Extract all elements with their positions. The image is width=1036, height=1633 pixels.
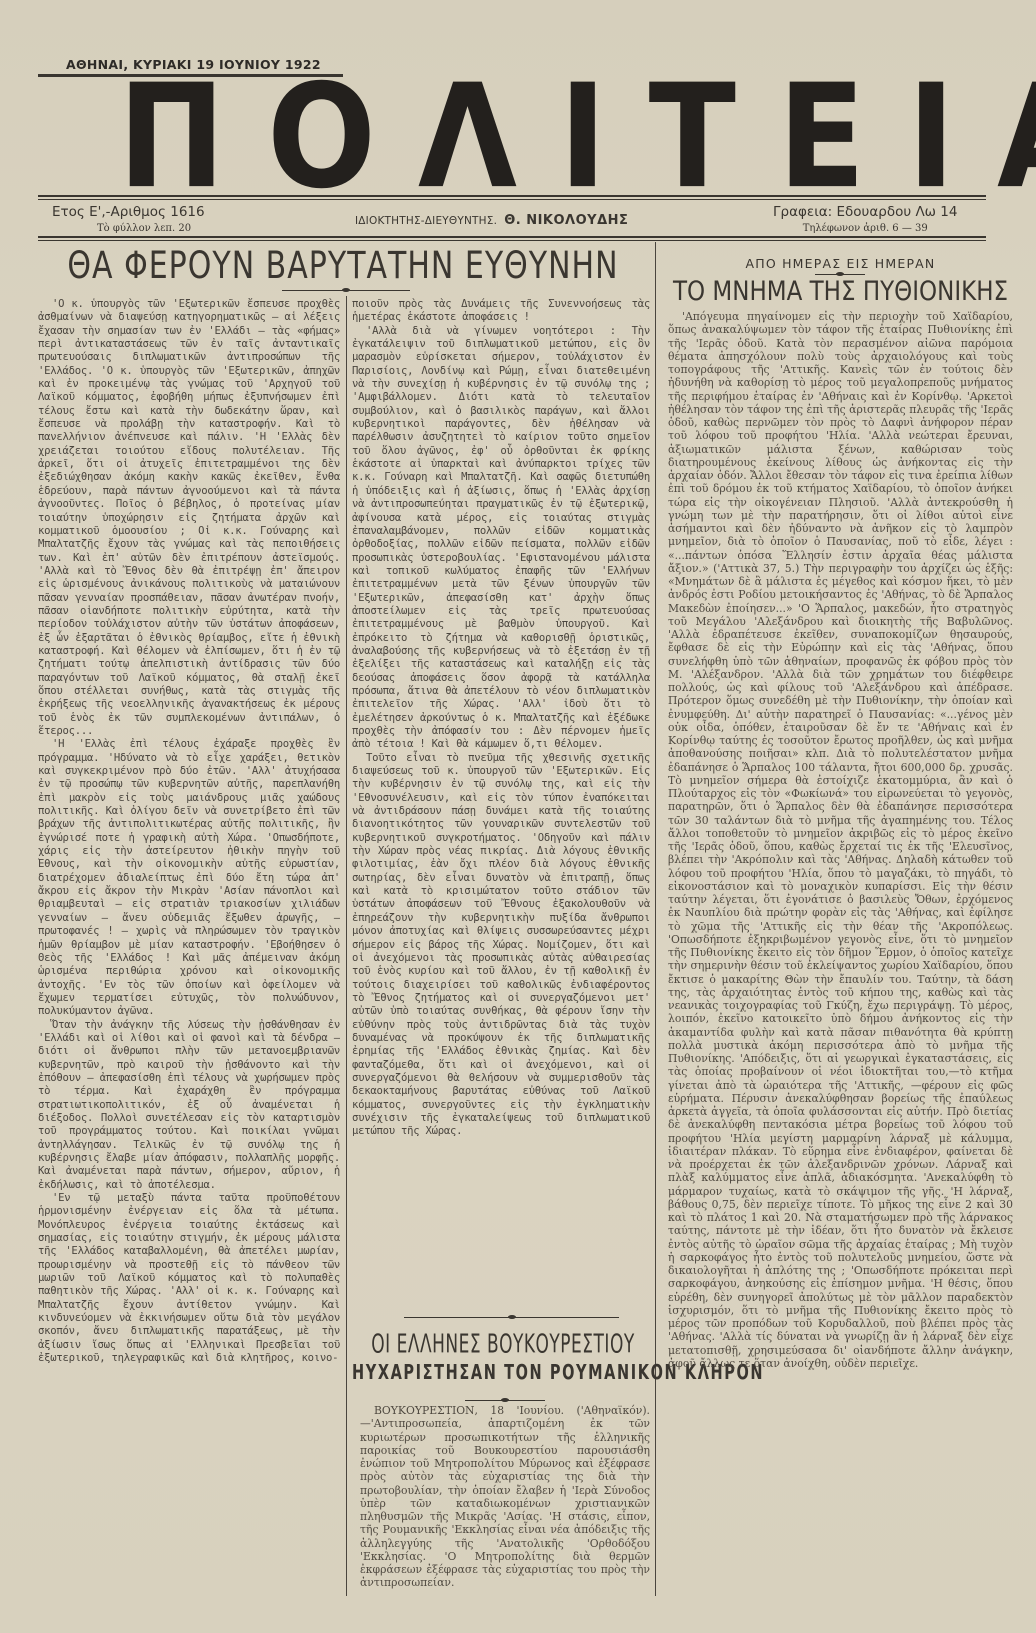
paragraph: Ὅταν τὴν ἀνάγκην τῆς λύσεως τὴν ᾐσθάνθησ… — [38, 1019, 340, 1192]
masthead-rule-top — [38, 195, 986, 200]
newspaper-page: ΑΘΗΝΑΙ, ΚΥΡΙΑΚΙ 19 ΙΟΥΝΙΟΥ 1922 ΠΟΛΙΤΕΙΑ… — [0, 0, 1036, 1633]
paragraph: 'Απόγευμα πηγαίνομεν εἰς τὴν περιοχὴν το… — [668, 310, 1013, 1370]
main-headline: ΘΑ ΦΕΡΟΥΝ ΒΑΡΥΤΑΤΗΝ ΕΥΘΥΝΗΝ — [38, 244, 648, 288]
second-headline-ornament — [465, 1400, 545, 1401]
publisher-info: ΙΔΙΟΚΤΗΤΗΣ-ΔΙΕΥΘΥΝΤΗΣ. Θ. ΝΙΚΟΛΟΥΔΗΣ — [355, 213, 628, 228]
section-divider — [404, 1317, 619, 1318]
paragraph: 'Εν τῷ μεταξὺ πάντα ταῦτα προϋποθέτουν ἡ… — [38, 1192, 340, 1365]
paragraph: 'Η 'Ελλὰς ἐπὶ τέλους ἐχάραξε προχθὲς ἓν … — [38, 738, 340, 1018]
offices-address: Γραφεια: Εδουαρδου Λω 14 — [773, 204, 957, 220]
masthead-rule-bottom — [38, 236, 986, 241]
paragraph: ποιοῦν πρὸς τὰς Δυνάμεις τῆς Συνεννοήσεω… — [352, 298, 650, 325]
masthead-title: ΠΟΛΙΤΕΙΑ — [118, 82, 918, 194]
publisher-label: ΙΔΙΟΚΤΗΤΗΣ-ΔΙΕΥΘΥΝΤΗΣ. — [355, 215, 497, 227]
paragraph: 'Αλλὰ διὰ νὰ γίνωμεν νοητότεροι : Τὴν ἐγ… — [352, 325, 650, 752]
right-column-body: 'Απόγευμα πηγαίνομεν εἰς τὴν περιοχὴν το… — [668, 310, 1013, 1596]
offices-info: Γραφεια: Εδουαρδου Λω 14 Τηλέφωνον ἀριθ.… — [773, 204, 957, 234]
paragraph: 'Ο κ. ὑπουργὸς τῶν 'Εξωτερικῶν ἔσπευσε π… — [38, 298, 340, 738]
main-article-column-1: 'Ο κ. ὑπουργὸς τῶν 'Εξωτερικῶν ἔσπευσε π… — [38, 298, 340, 1593]
paragraph: ΒΟΥΚΟΥΡΕΣΤΙΟΝ, 18 'Ιουνίου. ('Αθηναϊκόν)… — [360, 1404, 650, 1590]
main-article-column-2: ποιοῦν πρὸς τὰς Δυνάμεις τῆς Συνεννοήσεω… — [352, 298, 650, 1320]
headline-ornament — [282, 290, 410, 291]
column-kicker: ΑΠΟ ΗΜΕΡΑΣ ΕΙΣ ΗΜΕΡΑΝ — [668, 256, 1013, 271]
paragraph: Τοῦτο εἶναι τὸ πνεῦμα τῆς χθεσινῆς σχετι… — [352, 752, 650, 1139]
column-rule-2 — [655, 242, 656, 1596]
second-headline-line1: ΟΙ ΕΛΛΗΝΕΣ ΒΟΥΚΟΥΡΕΣΤΙΟΥ — [358, 1330, 648, 1360]
right-column-headline: ΤΟ ΜΝΗΜΑ ΤΗΣ ΠΥΘΙΟΝΙΚΗΣ — [668, 277, 1013, 307]
offices-phone: Τηλέφωνον ἀριθ. 6 — 39 — [773, 223, 957, 234]
kicker-ornament — [815, 274, 865, 275]
issue-number: Ετος Ε',-Αριθμος 1616 — [52, 204, 205, 220]
publisher-name: Θ. ΝΙΚΟΛΟΥΔΗΣ — [504, 213, 628, 228]
second-headline-line2: ΗΥΧΑΡΙΣΤΗΣΑΝ ΤΟΝ ΡΟΥΜΑΝΙΚΟΝ ΚΛΗΡΟΝ — [352, 1362, 657, 1384]
issue-info: Ετος Ε',-Αριθμος 1616 Τὸ φύλλον λεπ. 20 — [52, 204, 205, 234]
second-article-body: ΒΟΥΚΟΥΡΕΣΤΙΟΝ, 18 'Ιουνίου. ('Αθηναϊκόν)… — [360, 1404, 650, 1594]
column-rule-1 — [346, 296, 347, 1596]
issue-price: Τὸ φύλλον λεπ. 20 — [52, 223, 205, 234]
